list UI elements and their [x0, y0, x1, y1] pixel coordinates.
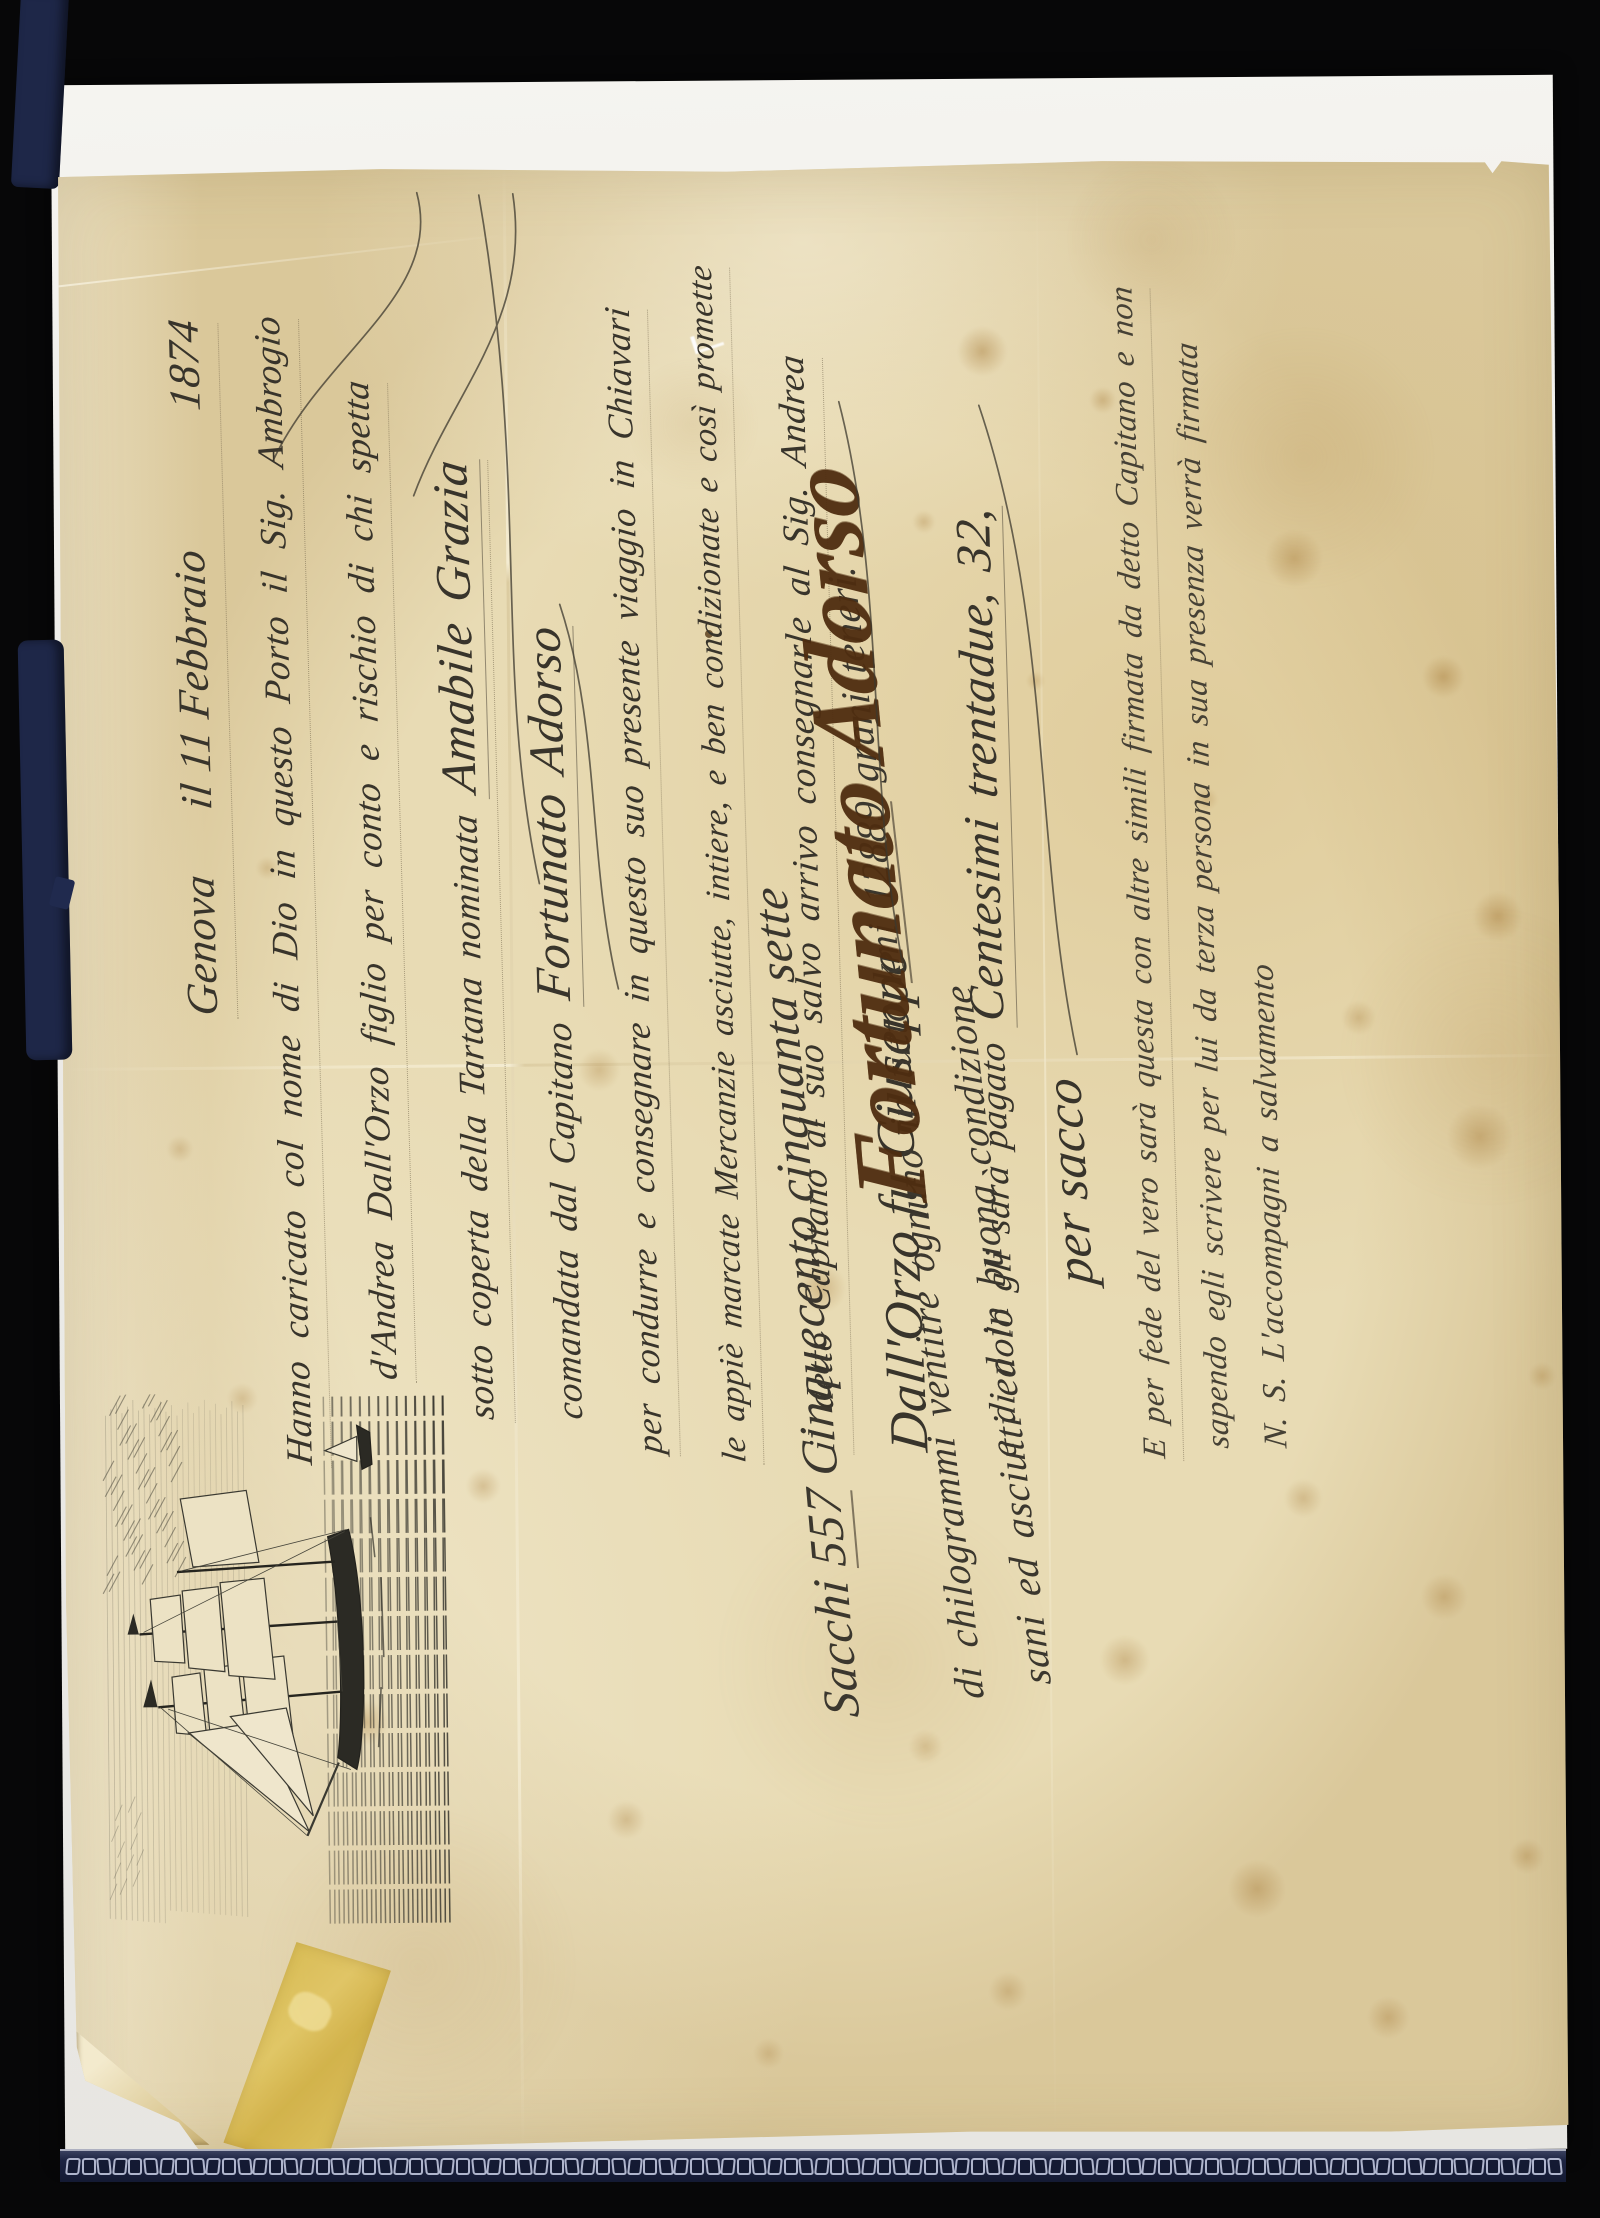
film-perforation — [299, 2158, 315, 2175]
film-perforation — [159, 2158, 175, 2175]
film-perforation — [128, 2158, 142, 2175]
film-perforation — [517, 2158, 533, 2175]
handwritten-line-4: sotto coperta della Tartana nominata Ama… — [421, 453, 516, 1423]
dateline-place: Genova — [174, 872, 227, 1018]
film-perforation — [346, 2158, 362, 2175]
film-perforation — [924, 2158, 938, 2175]
film-perforation — [1313, 2158, 1329, 2175]
cargo-text: Sacchi — [800, 1564, 870, 1719]
film-perforation — [673, 2158, 689, 2175]
film-perforation — [1219, 2158, 1235, 2175]
film-perforation — [82, 2158, 96, 2175]
film-perforation — [798, 2158, 814, 2175]
film-perforation — [877, 2158, 891, 2175]
film-perforation — [861, 2158, 877, 2175]
film-perforation — [1252, 2158, 1266, 2175]
film-perforation — [205, 2158, 221, 2175]
film-perforation — [907, 2158, 923, 2175]
film-perforation — [65, 2158, 81, 2175]
handwritten-line-7: le appiè marcate Mercanzie asciutte, int… — [682, 263, 765, 1465]
film-perforation — [330, 2158, 346, 2175]
film-perforation — [1188, 2158, 1204, 2175]
film-perforation — [1141, 2158, 1157, 2175]
film-perforation — [892, 2158, 908, 2175]
film-perforation — [1439, 2158, 1453, 2175]
film-perforation — [564, 2158, 580, 2175]
film-perforation — [409, 2158, 423, 2175]
film-perforation — [705, 2158, 721, 2175]
film-perforation — [643, 2158, 657, 2175]
film-perforation — [1001, 2158, 1017, 2175]
line-5-text: comandata dal Capitano — [538, 1002, 591, 1421]
film-perforation — [627, 2158, 643, 2175]
film-perforation — [596, 2158, 610, 2175]
handwritten-dateline: Genovail 11 Febbraio1874 — [157, 316, 238, 1019]
dateline-year: 1874 — [158, 317, 210, 413]
letter-sheet: Genovail 11 Febbraio1874 Hanno caricato … — [51, 156, 1572, 2154]
film-perforation — [737, 2158, 751, 2175]
film-perforation — [1079, 2158, 1095, 2175]
film-perforation — [112, 2158, 128, 2175]
film-perforation — [362, 2158, 376, 2175]
binder-edge-left — [18, 640, 73, 1061]
line-4-text: sotto coperta della Tartana nominata — [444, 794, 503, 1421]
film-perforation — [1018, 2158, 1032, 2175]
film-perforation — [767, 2158, 783, 2175]
film-perforation — [424, 2158, 440, 2175]
film-perforation — [503, 2158, 517, 2175]
sack-count: 557 — [794, 1487, 859, 1568]
film-perforation — [1422, 2158, 1438, 2175]
film-perforation — [1205, 2158, 1219, 2175]
film-perforation — [1500, 2158, 1516, 2175]
film-perforation — [1532, 2158, 1546, 2175]
film-perforation — [1158, 2158, 1172, 2175]
film-perforation — [814, 2158, 830, 2175]
film-perforation — [1453, 2158, 1469, 2175]
film-perforation — [971, 2158, 985, 2175]
film-perforation — [1329, 2158, 1345, 2175]
film-perforation — [611, 2158, 627, 2175]
film-perforation — [393, 2158, 409, 2175]
film-perforation — [690, 2158, 704, 2175]
film-perforation — [471, 2158, 487, 2175]
dateline-date: il 11 Febbraio — [165, 547, 222, 812]
film-perforation — [439, 2158, 455, 2175]
film-perforation — [1375, 2158, 1391, 2175]
film-perforation — [143, 2158, 159, 2175]
film-perforation — [1064, 2158, 1078, 2175]
scanned-letter-photo: Genovail 11 Febbraio1874 Hanno caricato … — [0, 0, 1600, 2218]
film-perforation — [954, 2158, 970, 2175]
film-perforation — [550, 2158, 564, 2175]
film-perforation — [486, 2158, 502, 2175]
film-perforation — [580, 2158, 596, 2175]
film-perforation — [222, 2158, 236, 2175]
film-perforation — [939, 2158, 955, 2175]
film-perforation — [1282, 2158, 1298, 2175]
film-perforation — [175, 2158, 189, 2175]
handwritten-line-5: comandata dal Capitano Fortunato Adorso — [514, 619, 594, 1421]
film-perforation — [316, 2158, 330, 2175]
film-perforation — [1298, 2158, 1312, 2175]
handwritten-line-14: N. S. L'accompagni a salvamento — [1244, 962, 1295, 1450]
film-perforation — [1235, 2158, 1251, 2175]
film-perforation — [1469, 2158, 1485, 2175]
film-perforation — [533, 2158, 549, 2175]
film-perforation — [1266, 2158, 1282, 2175]
captain-name: Fortunato Adorso — [515, 619, 584, 1007]
film-perforation — [1547, 2158, 1563, 2175]
film-perforation — [1173, 2158, 1189, 2175]
film-perforation — [720, 2158, 736, 2175]
film-perforation — [190, 2158, 206, 2175]
film-perforation — [1032, 2158, 1048, 2175]
film-perforation — [1486, 2158, 1500, 2175]
film-perforation — [237, 2158, 253, 2175]
handwritten-line-6: per condurre e consegnare in questo suo … — [596, 304, 681, 1456]
handwritten-line-2: Hanno caricato col nome di Dio in questo… — [246, 313, 332, 1467]
handwritten-line-11: per sacco — [1034, 1075, 1106, 1286]
film-perforation — [1516, 2158, 1532, 2175]
film-perforation — [830, 2158, 844, 2175]
film-perforation — [751, 2158, 767, 2175]
film-perforation — [1111, 2158, 1125, 2175]
film-perforation — [1345, 2158, 1359, 2175]
film-perforation — [1392, 2158, 1406, 2175]
film-perforation — [1126, 2158, 1142, 2175]
vessel-name: Amabile Grazia — [422, 453, 490, 799]
film-perforation — [377, 2158, 393, 2175]
freight-amount: Centesimi trentadue, 32, — [944, 500, 1017, 1028]
film-perforation — [1407, 2158, 1423, 2175]
document-content-rotated: Genovail 11 Febbraio1874 Hanno caricato … — [51, 156, 1572, 2154]
film-perforation — [269, 2158, 283, 2175]
film-perforation — [252, 2158, 268, 2175]
film-perforation — [1095, 2158, 1111, 2175]
film-perforation — [1048, 2158, 1064, 2175]
film-perforation — [96, 2158, 112, 2175]
film-perforation — [283, 2158, 299, 2175]
film-perforation — [784, 2158, 798, 2175]
film-strip-edge — [60, 2149, 1566, 2182]
film-perforation — [1360, 2158, 1376, 2175]
film-perforation — [985, 2158, 1001, 2175]
sailing-ship-engraving — [95, 1391, 455, 1929]
film-perforation — [456, 2158, 470, 2175]
handwritten-line-3: d'Andrea Dall'Orzo figlio per conto e ri… — [335, 378, 417, 1383]
film-perforation — [845, 2158, 861, 2175]
film-perforation — [658, 2158, 674, 2175]
